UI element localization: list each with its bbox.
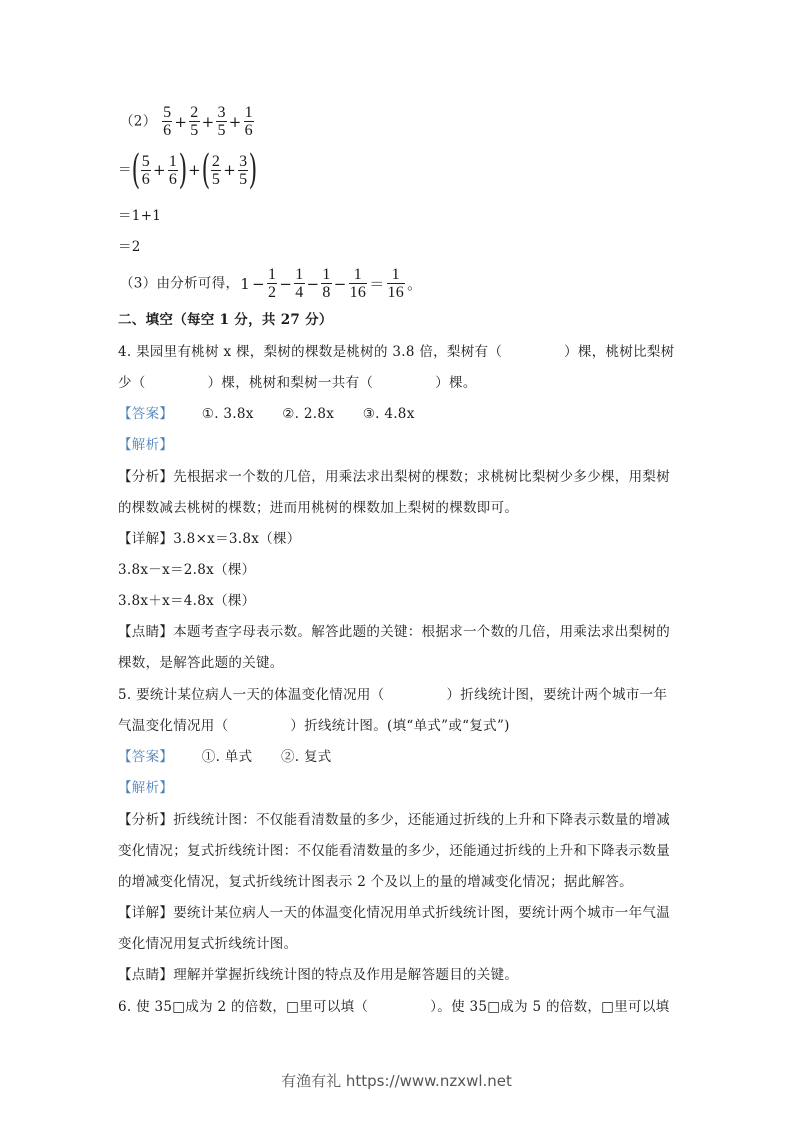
answer-2: ②. 复式	[281, 749, 332, 765]
part3-expression: （3）由分析可得，1−12−14−18−116＝116。	[120, 266, 423, 301]
q4-xiangjie-line1: 【详解】3.8×x＝3.8x（棵）	[118, 529, 301, 549]
fraction: 56	[141, 153, 151, 188]
q4-dianjing-line2: 棵数，是解答此题的关键。	[118, 653, 284, 673]
right-paren: )	[249, 150, 258, 190]
section-title: 二、填空（每空 1 分，共 27 分）	[118, 310, 333, 330]
q5-line2: 气温变化情况用（）折线统计图。(填“单式”或“复式”)	[118, 716, 510, 736]
q5-dianjing-line1: 【点睛】理解并掌握折线统计图的特点及作用是解答题目的关键。	[118, 965, 518, 985]
part2-step3: ＝2	[118, 237, 141, 257]
q4-fenxi-line1: 【分析】先根据求一个数的几倍，用乘法求出梨树的棵数；求桃树比梨树少多少棵，用梨树	[118, 467, 670, 487]
fraction: 35	[216, 104, 226, 139]
answer-label: 【答案】	[118, 406, 173, 422]
q4-answer: 【答案】 ①. 3.8x ②. 2.8x ③. 4.8x	[118, 404, 415, 424]
q4-fenxi-line2: 的棵数减去桃树的棵数；进而用桃树的棵数加上梨树的棵数即可。	[118, 498, 518, 518]
fraction: 35	[238, 153, 248, 188]
q5-fenxi-line1: 【分析】折线统计图：不仅能看清数量的多少，还能通过折线的上升和下降表示数量的增减	[118, 810, 670, 830]
footer-watermark: 有渔有礼 https://www.nzxwl.net	[0, 1070, 793, 1091]
fraction: 56	[162, 104, 172, 139]
fraction: 116	[349, 266, 368, 301]
q5-line1: 5. 要统计某位病人一天的体温变化情况用（）折线统计图，要统计两个城市一年	[118, 685, 667, 705]
part2-step1: ＝(56+16)+(25+35)	[118, 150, 257, 190]
q5-xiangjie-line1: 【详解】要统计某位病人一天的体温变化情况用单式折线统计图，要统计两个城市一年气温	[118, 903, 670, 923]
fraction: 14	[294, 266, 304, 301]
analysis-label: 【解析】	[118, 435, 173, 455]
left-paren: (	[131, 150, 140, 190]
fraction: 25	[189, 104, 199, 139]
q5-answer: 【答案】 ①. 单式 ②. 复式	[118, 747, 332, 767]
fraction: 18	[321, 266, 331, 301]
right-paren: )	[179, 150, 188, 190]
part2-label: （2）	[120, 114, 157, 130]
left-paren: (	[202, 150, 211, 190]
answer-1: ①. 3.8x	[202, 406, 254, 422]
fraction: 16	[168, 153, 178, 188]
answer-3: ③. 4.8x	[363, 406, 415, 422]
fraction: 12	[267, 266, 277, 301]
q5-fenxi-line3: 的增减变化情况，复式折线统计图表示 2 个及以上的量的增减变化情况；据此解答。	[118, 872, 633, 892]
answer-label: 【答案】	[118, 749, 173, 765]
part2-expression: （2） 56+25+35+16	[120, 104, 255, 139]
q5-xiangjie-line2: 变化情况用复式折线统计图。	[118, 934, 297, 954]
fraction: 16	[244, 104, 254, 139]
q4-xiangjie-line2: 3.8x－x＝2.8x（棵）	[118, 560, 255, 580]
answer-1: ①. 单式	[202, 749, 253, 765]
q4-line1: 4. 果园里有桃树 x 棵，梨树的棵数是桃树的 3.8 倍，梨树有（）棵，桃树比…	[118, 342, 675, 362]
answer-2: ②. 2.8x	[282, 406, 334, 422]
part2-step2: ＝1+1	[118, 206, 161, 226]
q4-dianjing-line1: 【点睛】本题考查字母表示数。解答此题的关键：根据求一个数的几倍，用乘法求出梨树的	[118, 622, 670, 642]
fraction: 25	[211, 153, 221, 188]
fraction: 116	[387, 266, 406, 301]
q6-line1: 6. 使 35□成为 2 的倍数，□里可以填（）。使 35□成为 5 的倍数，□…	[118, 997, 669, 1017]
q4-xiangjie-line3: 3.8x＋x＝4.8x（棵）	[118, 591, 255, 611]
q5-fenxi-line2: 变化情况；复式折线统计图：不仅能看清数量的多少，还能通过折线的上升和下降表示数量	[118, 841, 670, 861]
q4-line2: 少（）棵，桃树和梨树一共有（）棵。	[118, 373, 477, 393]
analysis-label: 【解析】	[118, 778, 173, 798]
